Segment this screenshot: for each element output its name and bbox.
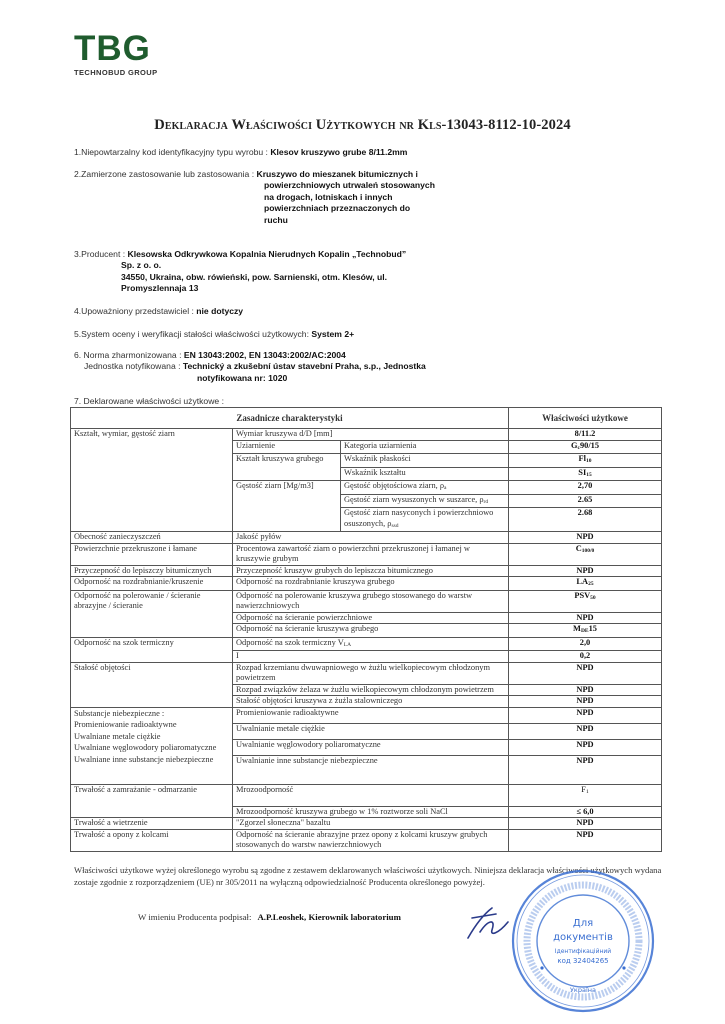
section-6-label: 6. Norma zharmonizowana : — [74, 350, 184, 360]
table-row: Trwałość a opony z kolcami Odporność na … — [71, 829, 662, 851]
table-row: Odporność na rozdrabnianie/kruszenie Odp… — [71, 577, 662, 591]
value: NPD — [509, 612, 662, 624]
svg-text:документів: документів — [553, 931, 613, 943]
table-row: Obecność zanieczyszczeń Jakość pyłów NPD — [71, 532, 662, 544]
value: NPD — [509, 684, 662, 696]
section-6-value2-line: notyfikowana nr: 1020 — [197, 373, 426, 384]
section-3-label: 3.Producent : — [74, 249, 128, 259]
section-5-label: 5.System oceny i weryfikacji stałości wł… — [74, 329, 311, 339]
group-label: Obecność zanieczyszczeń — [71, 532, 233, 544]
sub-group-label: Kształt kruszywa grubego — [233, 454, 341, 481]
property: Gęstość objętościowa ziarn, ρa — [341, 481, 509, 495]
section-2-line: Kruszywo do mieszanek bitumicznych i — [256, 169, 417, 179]
company-logo: TBG TECHNOBUD GROUP — [74, 33, 158, 77]
property: Wskaźnik płaskości — [341, 454, 509, 468]
property: Uwalnianie inne substancje niebezpieczne — [233, 755, 509, 784]
value: NPD — [509, 723, 662, 739]
property: Gęstość ziarn wysuszonych w suszarce, ρr… — [341, 494, 509, 508]
group-label: Substancje niebezpieczne : Promieniowani… — [71, 707, 233, 784]
property: I — [233, 651, 509, 663]
section-2: 2.Zamierzone zastosowanie lub zastosowan… — [74, 169, 435, 226]
value: NPD — [509, 739, 662, 755]
section-1: 1.Niepowtarzalny kod identyfikacyjny typ… — [74, 147, 407, 158]
value: NPD — [509, 707, 662, 723]
sub-group-label: Uziarnienie — [233, 440, 341, 454]
table-header-row: Zasadnicze charakterystyki Właściwości u… — [71, 408, 662, 429]
section-6: 6. Norma zharmonizowana : EN 13043:2002,… — [74, 350, 426, 384]
section-6-value2-line: Technický a zkušební ústav stavební Prah… — [183, 361, 426, 371]
document-title: Deklaracja Właściwości Użytkowych nr Kls… — [0, 117, 725, 134]
signature-line: W imieniu Producenta podpisał:A.P.Leoshe… — [138, 912, 401, 922]
section-4-value: nie dotyczy — [196, 306, 243, 316]
value: Gc90/15 — [509, 440, 662, 454]
table-row: Przyczepność do lepiszczy bitumicznych P… — [71, 565, 662, 577]
section-2-line: powierzchniowych utrwaleń stosowanych — [264, 180, 435, 191]
property: Kategoria uziarnienia — [341, 440, 509, 454]
value: MDE15 — [509, 624, 662, 638]
svg-text:Ідентифікаційний: Ідентифікаційний — [555, 948, 611, 955]
section-6-label2: Jednostka notyfikowana : — [84, 361, 183, 371]
value: NPD — [509, 662, 662, 684]
section-1-value: Klesov kruszywo grube 8/11.2mm — [270, 147, 407, 157]
section-5: 5.System oceny i weryfikacji stałości wł… — [74, 329, 354, 340]
section-7-label: 7. Deklarowane właściwości użytkowe : — [74, 396, 224, 407]
logo-mark: TBG — [74, 33, 158, 65]
table-row: Powierzchnie przekruszone i łamane Proce… — [71, 543, 662, 565]
svg-text:Україна: Україна — [570, 986, 596, 994]
property: Mrozoodporność — [233, 784, 509, 806]
value: SI15 — [509, 467, 662, 481]
value: 0,2 — [509, 651, 662, 663]
sub-group-label: Gęstość ziarn [Mg/m3] — [233, 481, 341, 532]
group-label: Odporność na polerowanie / ścieranie abr… — [71, 590, 233, 637]
value: 2,0 — [509, 637, 662, 651]
section-2-label: 2.Zamierzone zastosowanie lub zastosowan… — [74, 169, 256, 179]
value: 2.65 — [509, 494, 662, 508]
property: Mrozoodporność kruszywa grubego w 1% roz… — [233, 806, 509, 818]
property: Stałość objętości kruszywa z żużla stalo… — [233, 696, 509, 708]
property: "Zgorzel słoneczna" bazaltu — [233, 818, 509, 830]
section-1-label: 1.Niepowtarzalny kod identyfikacyjny typ… — [74, 147, 270, 157]
value: Fl10 — [509, 454, 662, 468]
value: NPD — [509, 565, 662, 577]
signature-label: W imieniu Producenta podpisał: — [138, 912, 251, 922]
property: Jakość pyłów — [233, 532, 509, 544]
header-characteristics: Zasadnicze charakterystyki — [71, 408, 509, 429]
section-2-line: ruchu — [264, 215, 435, 226]
property: Odporność na ścieranie powierzchniowe — [233, 612, 509, 624]
group-label: Odporność na szok termiczny — [71, 637, 233, 662]
property: Gęstość ziarn nasyconych i powierzchniow… — [341, 508, 509, 532]
value: PSV50 — [509, 590, 662, 612]
value: NPD — [509, 829, 662, 851]
value: F1 — [509, 784, 662, 806]
table-row: Stałość objętości Rozpad krzemianu dwuwa… — [71, 662, 662, 684]
section-3: 3.Producent : Klesowska Odkrywkowa Kopal… — [74, 249, 406, 295]
section-3-line: Sp. z o. o. — [121, 260, 406, 271]
logo-subtitle: TECHNOBUD GROUP — [74, 68, 158, 77]
property: Odporność na ścieranie kruszywa grubego — [233, 624, 509, 638]
section-3-line: 34550, Ukraina, obw. rówieński, pow. Sar… — [121, 272, 406, 283]
property: Uwalnianie węglowodory poliaromatyczne — [233, 739, 509, 755]
value: NPD — [509, 755, 662, 784]
table-row: Substancje niebezpieczne : Promieniowani… — [71, 707, 662, 723]
group-label: Przyczepność do lepiszczy bitumicznych — [71, 565, 233, 577]
property: Odporność na rozdrabnianie kruszywa grub… — [233, 577, 509, 591]
property: Wymiar kruszywa d/D [mm] — [233, 429, 509, 441]
svg-text:код 32404265: код 32404265 — [557, 957, 608, 965]
property: Promieniowanie radioaktywne — [233, 707, 509, 723]
section-3-line: Promyszlennaja 13 — [121, 283, 406, 294]
value: NPD — [509, 696, 662, 708]
properties-table: Zasadnicze charakterystyki Właściwości u… — [70, 407, 662, 852]
property: Uwalnianie metale ciężkie — [233, 723, 509, 739]
section-5-value: System 2+ — [311, 329, 354, 339]
property: Procentowa zawartość ziarn o powierzchni… — [233, 543, 509, 565]
table-row: Trwałość a wietrzenie "Zgorzel słoneczna… — [71, 818, 662, 830]
table-row: Odporność na polerowanie / ścieranie abr… — [71, 590, 662, 612]
section-3-line: Klesowska Odkrywkowa Kopalnia Nierudnych… — [128, 249, 407, 259]
group-label: Powierzchnie przekruszone i łamane — [71, 543, 233, 565]
property: Przyczepność kruszyw grubych do lepiszcz… — [233, 565, 509, 577]
section-2-line: na drogach, lotniskach i innych — [264, 192, 435, 203]
value: NPD — [509, 818, 662, 830]
group-label: Stałość objętości — [71, 662, 233, 707]
property: Rozpad związków żelaza w żużlu wielkopie… — [233, 684, 509, 696]
property: Rozpad krzemianu dwuwapniowego w żużlu w… — [233, 662, 509, 684]
table-row: Trwałość a zamrażanie - odmarzanie Mrozo… — [71, 784, 662, 806]
value: ≤ 6,0 — [509, 806, 662, 818]
section-4-label: 4.Upoważniony przedstawiciel : — [74, 306, 196, 316]
group-label: Odporność na rozdrabnianie/kruszenie — [71, 577, 233, 591]
table-row: Odporność na szok termiczny Odporność na… — [71, 637, 662, 651]
group-label: Kształt, wymiar, gęstość ziarn — [71, 429, 233, 532]
property: Wskaźnik kształtu — [341, 467, 509, 481]
value: LA25 — [509, 577, 662, 591]
value: 2.68 — [509, 508, 662, 532]
property: Odporność na szok termiczny VLA — [233, 637, 509, 651]
value: NPD — [509, 532, 662, 544]
group-label: Trwałość a zamrażanie - odmarzanie — [71, 784, 233, 818]
section-6-value: EN 13043:2002, EN 13043:2002/AC:2004 — [184, 350, 346, 360]
table-row: Kształt, wymiar, gęstość ziarn Wymiar kr… — [71, 429, 662, 441]
official-stamp-icon: Для документів Ідентифікаційний код 3240… — [510, 868, 656, 1014]
section-2-line: powierzchniach przeznaczonych do — [264, 203, 435, 214]
section-4: 4.Upoważniony przedstawiciel : nie dotyc… — [74, 306, 243, 317]
value: C100/0 — [509, 543, 662, 565]
svg-text:Для: Для — [573, 918, 593, 929]
group-label: Trwałość a wietrzenie — [71, 818, 233, 830]
header-performance: Właściwości użytkowe — [509, 408, 662, 429]
value: 2,70 — [509, 481, 662, 495]
property: Odporność na ścieranie abrazyjne przez o… — [233, 829, 509, 851]
value: 8/11.2 — [509, 429, 662, 441]
signatory-name: A.P.Leoshek, Kierownik laboratorium — [257, 912, 400, 922]
group-label: Trwałość a opony z kolcami — [71, 829, 233, 851]
property: Odporność na polerowanie kruszywa grubeg… — [233, 590, 509, 612]
handwritten-signature-icon — [462, 904, 512, 942]
